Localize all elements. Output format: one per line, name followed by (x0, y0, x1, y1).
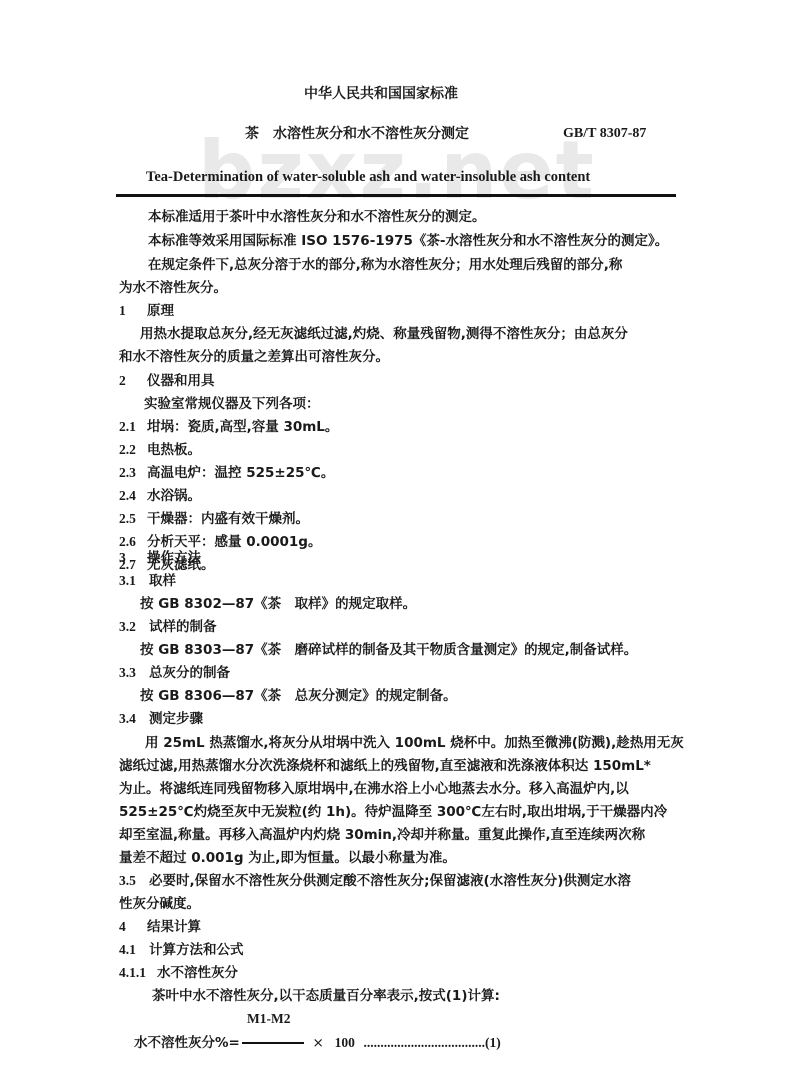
subsection-3-5: 3.5必要时,保留水不溶性灰分供测定酸不溶性灰分;保留滤液(水溶性灰分)供测定水… (119, 872, 631, 890)
subsection-title: 取样 (149, 573, 176, 589)
section-title: 操作方法 (147, 550, 201, 566)
subsection-3-4-heading: 3.4测定步骤 (119, 710, 203, 728)
section-4-heading: 4结果计算 (119, 918, 201, 936)
subsection-3-1-heading: 3.1取样 (119, 572, 176, 590)
section-title: 原理 (147, 303, 174, 319)
item-text: 高温电炉：温控 525±25℃。 (147, 465, 334, 481)
section-number: 1 (119, 302, 147, 320)
intro-line-2: 本标准等效采用国际标准 ISO 1576-1975《茶-水溶性灰分和水不溶性灰分… (148, 232, 668, 250)
intro-line-3: 在规定条件下,总灰分溶于水的部分,称为水溶性灰分；用水处理后残留的部分,称 (148, 256, 622, 274)
subsection-number: 3.2 (119, 618, 149, 636)
subsection-3-3-body: 按 GB 8306—87《茶 总灰分测定》的规定制备。 (140, 687, 457, 705)
subsection-number: 4.1.1 (119, 964, 157, 982)
list-item: 2.3高温电炉：温控 525±25℃。 (119, 464, 334, 482)
section-title: 仪器和用具 (147, 373, 215, 389)
item-text: 电热板。 (147, 442, 201, 458)
item-number: 2.2 (119, 441, 147, 459)
list-item: 2.5干燥器：内盛有效干燥剂。 (119, 510, 309, 528)
equation-number: (1) (485, 1034, 501, 1052)
subsection-number: 3.1 (119, 572, 149, 590)
subsection-3-4-body-3: 为止。将滤纸连同残留物移入原坩埚中,在沸水浴上小心地蒸去水分。移入高温炉内,以 (119, 780, 629, 798)
section-number: 2 (119, 372, 147, 390)
fraction-bar (242, 1042, 304, 1044)
section-title: 结果计算 (147, 919, 201, 935)
subsection-3-1-body: 按 GB 8302—87《茶 取样》的规定取样。 (140, 595, 416, 613)
section-2-intro: 实验室常规仪器及下列各项： (144, 395, 320, 413)
subsection-3-4-body-2: 滤纸过滤,用热蒸馏水分次洗涤烧杯和滤纸上的残留物,直至滤液和洗涤液体积达 150… (119, 757, 651, 775)
subsection-number: 3.4 (119, 710, 149, 728)
subsection-4-1-1-heading: 4.1.1水不溶性灰分 (119, 964, 238, 982)
intro-line-4: 为水不溶性灰分。 (119, 279, 227, 297)
section-1-heading: 1原理 (119, 302, 174, 320)
item-text: 坩埚：瓷质,高型,容量 30mL。 (147, 419, 338, 435)
section-3-heading: 3操作方法 (119, 549, 201, 567)
dot-leader: .................................... (364, 1034, 486, 1052)
item-number: 2.3 (119, 464, 147, 482)
standard-code: GB/T 8307-87 (563, 125, 646, 143)
national-standard-heading: 中华人民共和国国家标准 (304, 85, 458, 103)
subsection-3-4-body-4: 525±25℃灼烧至灰中无炭粒(约 1h)。待炉温降至 300℃左右时,取出坩埚… (119, 803, 667, 821)
section-1-body-1: 用热水提取总灰分,经无灰滤纸过滤,灼烧、称量残留物,测得不溶性灰分；由总灰分 (140, 325, 628, 343)
subsection-number: 3.5 (119, 872, 149, 890)
item-number: 2.4 (119, 487, 147, 505)
formula-lhs: 水不溶性灰分%= (134, 1035, 240, 1051)
subsection-3-2-heading: 3.2试样的制备 (119, 618, 217, 636)
subsection-3-4-body-5: 却至室温,称量。再移入高温炉内灼烧 30min,冷却并称量。重复此操作,直至连续… (119, 826, 645, 844)
subsection-3-4-body-6: 量差不超过 0.001g 为止,即为恒量。以最小称量为准。 (119, 849, 456, 867)
subsection-3-3-heading: 3.3总灰分的制备 (119, 664, 230, 682)
item-text: 分析天平：感量 0.0001g。 (147, 534, 321, 550)
item-number: 2.1 (119, 418, 147, 436)
section-2-heading: 2仪器和用具 (119, 372, 215, 390)
subsection-title: 水不溶性灰分 (157, 965, 238, 981)
subsection-4-1-1-body: 茶叶中水不溶性灰分,以干态质量百分率表示,按式(1)计算: (152, 987, 500, 1005)
intro-line-1: 本标准适用于茶叶中水溶性灰分和水不溶性灰分的测定。 (148, 208, 486, 226)
section-1-body-2: 和水不溶性灰分的质量之差算出可溶性灰分。 (119, 348, 389, 366)
formula-row: 水不溶性灰分%= × 100 .........................… (134, 1034, 501, 1052)
item-text: 水浴锅。 (147, 488, 201, 504)
item-number: 2.5 (119, 510, 147, 528)
list-item: 2.4水浴锅。 (119, 487, 201, 505)
formula-numerator: M1-M2 (247, 1010, 290, 1028)
subsection-title: 试样的制备 (149, 619, 217, 635)
standard-title-row: 茶 水溶性灰分和水不溶性灰分测定 GB/T 8307-87 (245, 125, 469, 143)
times-sign: × (313, 1035, 324, 1051)
subsection-title: 总灰分的制备 (149, 665, 230, 681)
subsection-title: 计算方法和公式 (149, 942, 244, 958)
section-number: 4 (119, 918, 147, 936)
subsection-3-4-body-1: 用 25mL 热蒸馏水,将灰分从坩埚中洗入 100mL 烧杯中。加热至微沸(防溅… (145, 734, 684, 752)
list-item: 2.2电热板。 (119, 441, 201, 459)
subsection-3-2-body: 按 GB 8303—87《茶 磨碎试样的制备及其干物质含量测定》的规定,制备试样… (140, 641, 637, 659)
list-item: 2.1坩埚：瓷质,高型,容量 30mL。 (119, 418, 338, 436)
formula-factor: 100 (335, 1034, 355, 1052)
subsection-3-5-body-2: 性灰分碱度。 (119, 895, 200, 913)
section-number: 3 (119, 549, 147, 567)
subsection-number: 3.3 (119, 664, 149, 682)
subsection-body: 必要时,保留水不溶性灰分供测定酸不溶性灰分;保留滤液(水溶性灰分)供测定水溶 (149, 873, 631, 889)
subsection-4-1-heading: 4.1计算方法和公式 (119, 941, 244, 959)
standard-title-cn: 茶 水溶性灰分和水不溶性灰分测定 (245, 126, 469, 142)
subsection-number: 4.1 (119, 941, 149, 959)
header-rule (116, 194, 676, 197)
item-text: 干燥器：内盛有效干燥剂。 (147, 511, 309, 527)
standard-title-en: Tea-Determination of water-soluble ash a… (146, 168, 590, 186)
subsection-title: 测定步骤 (149, 711, 203, 727)
